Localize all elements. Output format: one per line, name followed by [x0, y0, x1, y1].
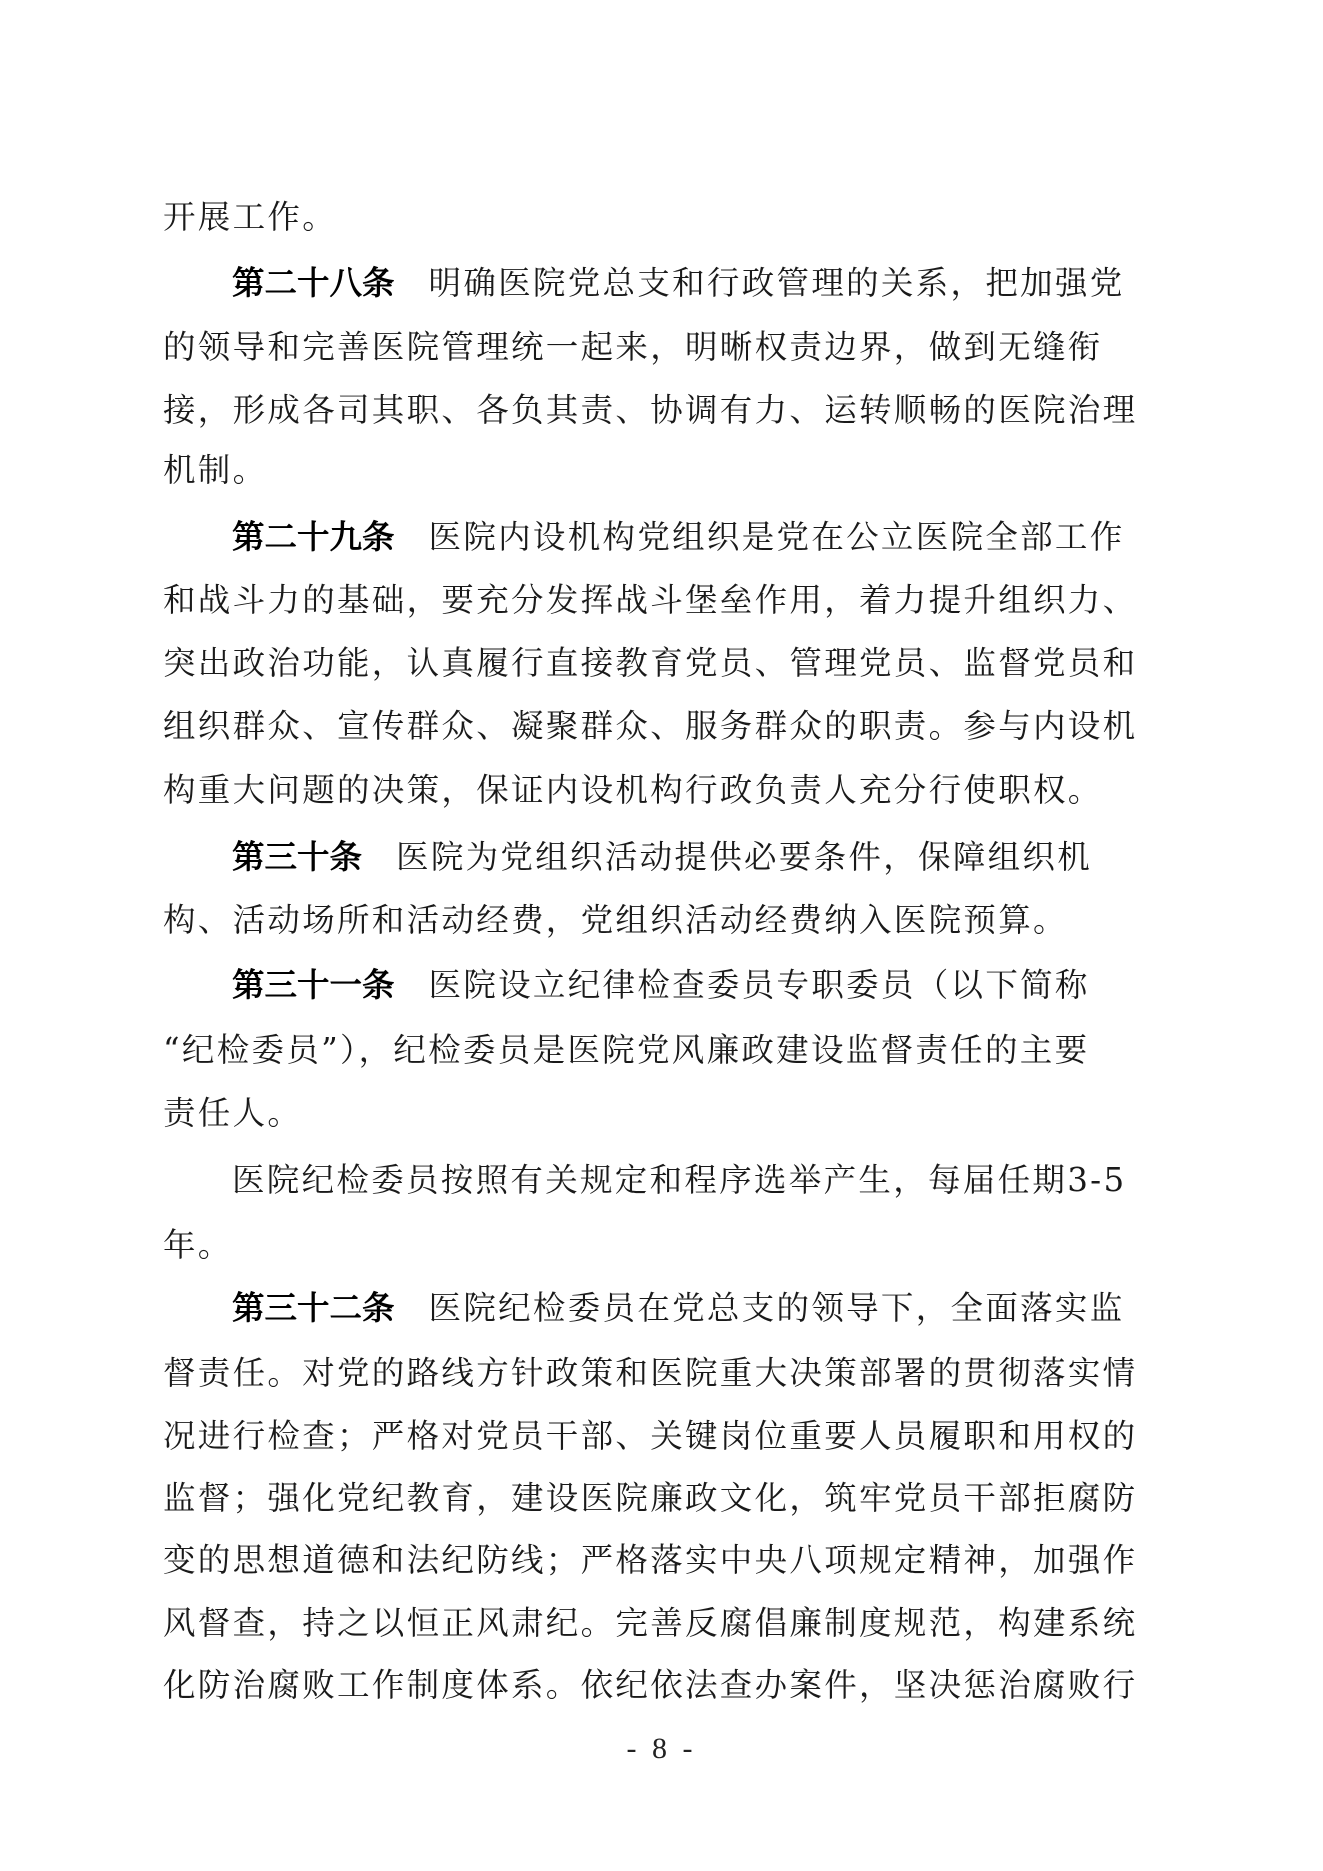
- text-line: 责任人。: [163, 1093, 1163, 1133]
- line-text: 和战斗力的基础，要充分发挥战斗堡垒作用，着力提升组织力、: [163, 581, 1137, 619]
- line-text: 变的思想道德和法纪防线；严格落实中央八项规定精神，加强作: [163, 1541, 1137, 1579]
- line-text: 督责任。对党的路线方针政策和医院重大决策部署的贯彻落实情: [163, 1354, 1137, 1392]
- line-text: 突出政治功能，认真履行直接教育党员、管理党员、监督党员和: [163, 644, 1137, 682]
- line-text: 风督查，持之以恒正风肃纪。完善反腐倡廉制度规范，构建系统: [163, 1604, 1137, 1642]
- line-text: 机制。: [163, 451, 267, 489]
- line-text: 开展工作。: [163, 198, 337, 236]
- paragraph-indent-line: 医院纪检委员按照有关规定和程序选举产生，每届任期3-5: [232, 1160, 1232, 1200]
- line-text: 医院设立纪律检查委员专职委员（以下简称: [429, 966, 1090, 1004]
- article-number: 第三十一条: [232, 966, 395, 1004]
- text-line: “纪检委员”），纪检委员是医院党风廉政建设监督责任的主要: [163, 1030, 1163, 1070]
- text-line: 开展工作。: [163, 197, 1163, 237]
- line-text: 明确医院党总支和行政管理的关系，把加强党: [429, 264, 1125, 302]
- line-text: 构重大问题的决策，保证内设机构行政负责人充分行使职权。: [163, 771, 1103, 809]
- text-line: 化防治腐败工作制度体系。依纪依法查办案件，坚决惩治腐败行: [163, 1665, 1163, 1705]
- text-line: 构、活动场所和活动经费，党组织活动经费纳入医院预算。: [163, 900, 1163, 940]
- article-number: 第二十九条: [232, 518, 395, 556]
- line-text: 责任人。: [163, 1094, 302, 1132]
- text-line: 机制。: [163, 450, 1163, 490]
- article-number: 第三十二条: [232, 1289, 395, 1327]
- line-text: 况进行检查；严格对党员干部、关键岗位重要人员履职和用权的: [163, 1417, 1137, 1455]
- line-text: 组织群众、宣传群众、凝聚群众、服务群众的职责。参与内设机: [163, 707, 1137, 745]
- article-30-heading-line: 第三十条医院为党组织活动提供必要条件，保障组织机: [232, 837, 1232, 877]
- text-line: 构重大问题的决策，保证内设机构行政负责人充分行使职权。: [163, 770, 1163, 810]
- text-line: 变的思想道德和法纪防线；严格落实中央八项规定精神，加强作: [163, 1540, 1163, 1580]
- document-page: 开展工作。 第二十八条明确医院党总支和行政管理的关系，把加强党 的领导和完善医院…: [0, 0, 1323, 1871]
- line-text: 医院为党组织活动提供必要条件，保障组织机: [396, 838, 1092, 876]
- line-text: 监督；强化党纪教育，建设医院廉政文化，筑牢党员干部拒腐防: [163, 1479, 1137, 1517]
- line-text: 接，形成各司其职、各负其责、协调有力、运转顺畅的医院治理: [163, 391, 1137, 429]
- article-29-heading-line: 第二十九条医院内设机构党组织是党在公立医院全部工作: [232, 517, 1232, 557]
- text-line: 突出政治功能，认真履行直接教育党员、管理党员、监督党员和: [163, 643, 1163, 683]
- line-text: 化防治腐败工作制度体系。依纪依法查办案件，坚决惩治腐败行: [163, 1666, 1137, 1704]
- text-line: 的领导和完善医院管理统一起来，明晰权责边界，做到无缝衔: [163, 327, 1163, 367]
- text-line: 况进行检查；严格对党员干部、关键岗位重要人员履职和用权的: [163, 1416, 1163, 1456]
- line-text: 年。: [163, 1226, 233, 1264]
- line-text: “纪检委员”），纪检委员是医院党风廉政建设监督责任的主要: [163, 1031, 1089, 1069]
- text-line: 和战斗力的基础，要充分发挥战斗堡垒作用，着力提升组织力、: [163, 580, 1163, 620]
- text-line: 接，形成各司其职、各负其责、协调有力、运转顺畅的医院治理: [163, 390, 1163, 430]
- article-number: 第三十条: [232, 838, 362, 876]
- text-line: 年。: [163, 1225, 1163, 1265]
- line-text: 医院内设机构党组织是党在公立医院全部工作: [429, 518, 1125, 556]
- line-text: 构、活动场所和活动经费，党组织活动经费纳入医院预算。: [163, 901, 1068, 939]
- text-line: 风督查，持之以恒正风肃纪。完善反腐倡廉制度规范，构建系统: [163, 1603, 1163, 1643]
- text-line: 监督；强化党纪教育，建设医院廉政文化，筑牢党员干部拒腐防: [163, 1478, 1163, 1518]
- line-text: 医院纪检委员按照有关规定和程序选举产生，每届任期3-5: [232, 1161, 1126, 1199]
- line-text: 医院纪检委员在党总支的领导下，全面落实监: [429, 1289, 1125, 1327]
- page-number: - 8 -: [0, 1732, 1323, 1766]
- article-32-heading-line: 第三十二条医院纪检委员在党总支的领导下，全面落实监: [232, 1288, 1232, 1328]
- article-number: 第二十八条: [232, 264, 395, 302]
- text-line: 督责任。对党的路线方针政策和医院重大决策部署的贯彻落实情: [163, 1353, 1163, 1393]
- text-line: 组织群众、宣传群众、凝聚群众、服务群众的职责。参与内设机: [163, 706, 1163, 746]
- line-text: 的领导和完善医院管理统一起来，明晰权责边界，做到无缝衔: [163, 328, 1103, 366]
- article-28-heading-line: 第二十八条明确医院党总支和行政管理的关系，把加强党: [232, 263, 1232, 303]
- article-31-heading-line: 第三十一条医院设立纪律检查委员专职委员（以下简称: [232, 965, 1232, 1005]
